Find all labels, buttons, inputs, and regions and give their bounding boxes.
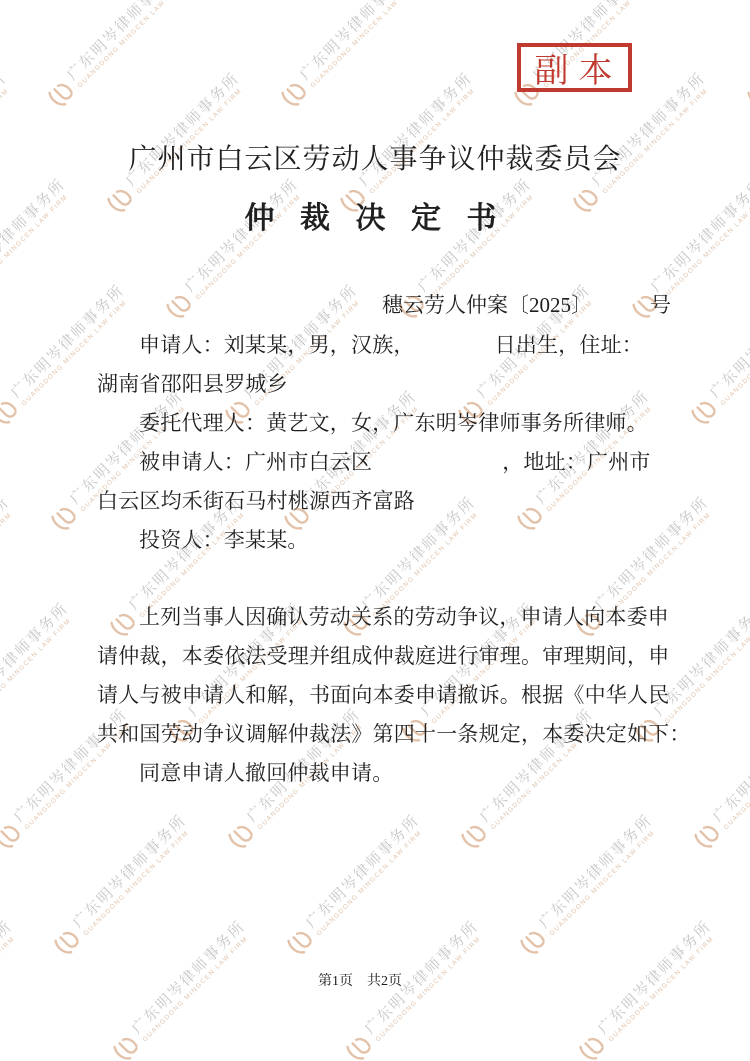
committee-title: 广州市白云区劳动人事争议仲裁委员会 [0,137,750,177]
page-number: 第1页 [318,974,353,989]
party-line: 投资人：李某某。 [97,521,677,560]
decision-paragraph: 上列当事人因确认劳动关系的劳动争议，申请人向本委申请仲裁，本委依法受理并组成仲裁… [97,598,677,793]
text-segment: 白云区均禾街石马村桃源西齐富路 [97,489,415,513]
body-line: 共和国劳动争议调解仲裁法》第四十一条规定，本委决定如下： [97,715,677,754]
redacted-blank [415,351,495,352]
text-segment: ，地址：广州市 [502,450,650,474]
body-line: 请人与被申请人和解，书面向本委申请撤诉。根据《中华人民 [97,676,677,715]
party-line: 湖南省邵阳县罗城乡 [97,365,677,404]
copy-stamp-label: 副本 [535,43,623,92]
redacted-blank [372,468,502,469]
text-segment: 委托代理人：黄艺文，女，广东明岑律师事务所律师。 [139,411,648,435]
party-line: 白云区均禾街石马村桃源西齐富路 [97,482,677,521]
body-line: 同意申请人撤回仲裁申请。 [97,754,677,793]
text-segment: 投资人：李某某。 [139,528,309,552]
text-segment: 上列当事人因确认劳动关系的劳动争议，申请人向本委申 [139,605,669,629]
page-footer: 第1页共2页 [0,970,735,990]
body-line: 请仲裁，本委依法受理并组成仲裁庭进行审理。审理期间，申 [97,637,677,676]
document-title: 仲 裁 决 定 书 [0,193,750,237]
party-line: 申请人：刘某某，男，汉族，日出生，住址： [97,326,677,365]
case-number-suffix: 号 [650,293,671,317]
case-number-prefix: 穗云劳人仲案〔2025〕 [382,293,592,317]
party-line: 委托代理人：黄艺文，女，广东明岑律师事务所律师。 [97,404,677,443]
text-segment: 请人与被申请人和解，书面向本委申请撤诉。根据《中华人民 [97,683,669,707]
text-segment: 湖南省邵阳县罗城乡 [97,372,288,396]
document-page: 广东明岑律师事务所GUANGDONG MINGCEN LAW FIRM广东明岑律… [0,0,750,1061]
body-line: 上列当事人因确认劳动关系的劳动争议，申请人向本委申 [97,598,677,637]
text-segment: 共和国劳动争议调解仲裁法》第四十一条规定，本委决定如下： [97,722,691,746]
text-segment: 申请人：刘某某，男，汉族， [139,333,415,357]
party-line: 被申请人：广州市白云区，地址：广州市 [97,443,677,482]
document-content: 副本 广州市白云区劳动人事争议仲裁委员会 仲 裁 决 定 书 穗云劳人仲案〔20… [0,0,750,1061]
party-section: 申请人：刘某某，男，汉族，日出生，住址：湖南省邵阳县罗城乡委托代理人：黄艺文，女… [97,326,677,560]
copy-stamp: 副本 [517,43,632,92]
total-pages: 共2页 [367,974,402,989]
text-segment: 被申请人：广州市白云区 [139,450,372,474]
text-segment: 请仲裁，本委依法受理并组成仲裁庭进行审理。审理期间，申 [97,644,669,668]
text-segment: 同意申请人撤回仲裁申请。 [139,761,393,785]
text-segment: 日出生，住址： [495,333,643,357]
case-number: 穗云劳人仲案〔2025〕号 [382,289,671,319]
